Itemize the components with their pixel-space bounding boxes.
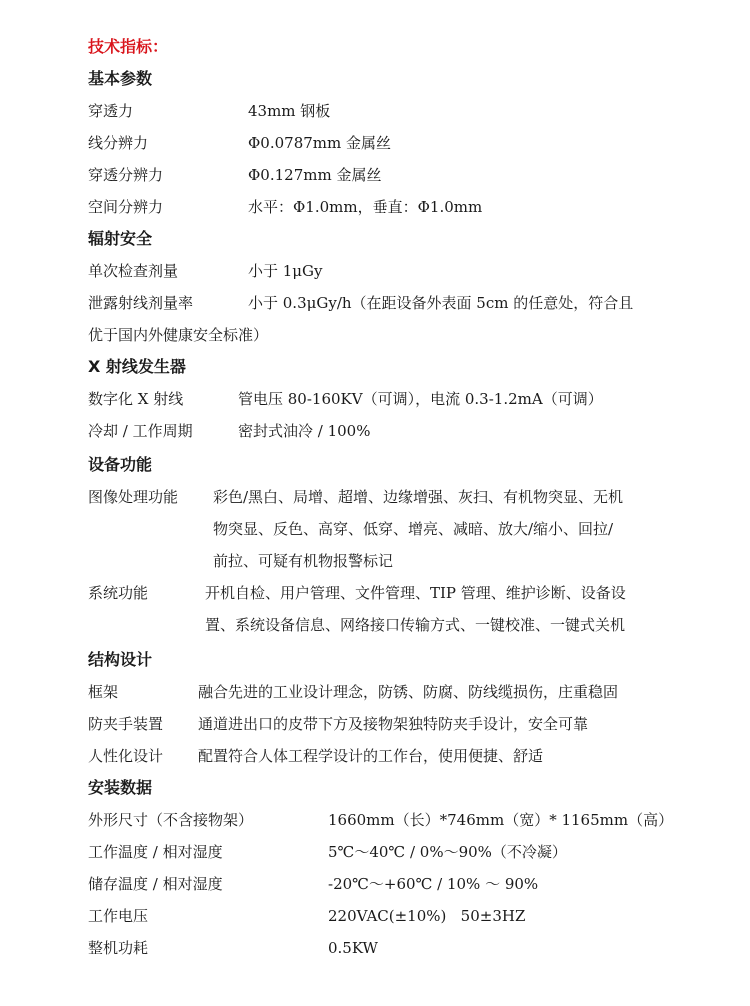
- spec-value: 配置符合人体工程学设计的工作台，使用便捷、舒适: [198, 746, 543, 766]
- spec-value: 小于 1μGy: [248, 261, 323, 281]
- spec-value-continuation: 优于国内外健康安全标准）: [88, 325, 268, 345]
- section-heading-install: 安装数据: [88, 778, 152, 798]
- section-heading-functions: 设备功能: [88, 455, 152, 475]
- spec-label: 储存温度 / 相对湿度: [88, 874, 223, 894]
- spec-value: Φ0.0787mm 金属丝: [248, 133, 391, 153]
- section-heading-structure: 结构设计: [88, 650, 152, 670]
- spec-value: 5℃～40℃ / 0%～90%（不冷凝）: [328, 842, 567, 862]
- spec-label: 单次检查剂量: [88, 261, 178, 281]
- spec-label: 工作温度 / 相对湿度: [88, 842, 223, 862]
- spec-value-continuation: 物突显、反色、高穿、低穿、增亮、减暗、放大/缩小、回拉/: [213, 519, 613, 539]
- spec-value: 220VAC(±10%) 50±3HZ: [328, 906, 525, 926]
- spec-value: 0.5KW: [328, 938, 378, 958]
- spec-label: 冷却 / 工作周期: [88, 421, 193, 441]
- spec-value: -20℃～+60℃ / 10% ～ 90%: [328, 874, 538, 894]
- section-heading-basic: 基本参数: [88, 69, 152, 89]
- spec-label: 数字化 X 射线: [88, 389, 183, 409]
- spec-label: 穿透力: [88, 101, 133, 121]
- section-heading-radiation: 辐射安全: [88, 229, 152, 249]
- spec-value: 水平：Φ1.0mm，垂直：Φ1.0mm: [248, 197, 482, 217]
- spec-label: 图像处理功能: [88, 487, 178, 507]
- spec-label: 系统功能: [88, 583, 148, 603]
- spec-document: 技术指标： 基本参数 穿透力 43mm 钢板 线分辨力 Φ0.0787mm 金属…: [0, 0, 750, 1006]
- spec-value: 开机自检、用户管理、文件管理、TIP 管理、维护诊断、设备设: [205, 583, 626, 603]
- spec-label: 防夹手装置: [88, 714, 163, 734]
- spec-value: 管电压 80-160KV（可调），电流 0.3-1.2mA（可调）: [238, 389, 603, 409]
- spec-label: 工作电压: [88, 906, 148, 926]
- spec-value: 通道进出口的皮带下方及接物架独特防夹手设计，安全可靠: [198, 714, 588, 734]
- spec-value-continuation: 置、系统设备信息、网络接口传输方式、一键校准、一键式关机: [205, 615, 625, 635]
- section-heading-xray: X 射线发生器: [88, 357, 186, 377]
- spec-label: 泄露射线剂量率: [88, 293, 193, 313]
- spec-label: 线分辨力: [88, 133, 148, 153]
- spec-value: 小于 0.3μGy/h（在距设备外表面 5cm 的任意处，符合且: [248, 293, 633, 313]
- spec-label: 空间分辨力: [88, 197, 163, 217]
- spec-value: 密封式油冷 / 100%: [238, 421, 370, 441]
- spec-label: 外形尺寸（不含接物架）: [88, 810, 253, 830]
- spec-value-continuation: 前拉、可疑有机物报警标记: [213, 551, 393, 571]
- spec-value: 融合先进的工业设计理念，防锈、防腐、防线缆损伤，庄重稳固: [198, 682, 618, 702]
- document-title: 技术指标：: [88, 37, 168, 57]
- spec-label: 穿透分辨力: [88, 165, 163, 185]
- spec-value: Φ0.127mm 金属丝: [248, 165, 381, 185]
- spec-label: 人性化设计: [88, 746, 163, 766]
- spec-label: 框架: [88, 682, 118, 702]
- spec-value: 43mm 钢板: [248, 101, 330, 121]
- spec-value: 彩色/黑白、局增、超增、边缘增强、灰扫、有机物突显、无机: [213, 487, 623, 507]
- spec-value: 1660mm（长）*746mm（宽）* 1165mm（高）: [328, 810, 673, 830]
- spec-label: 整机功耗: [88, 938, 148, 958]
